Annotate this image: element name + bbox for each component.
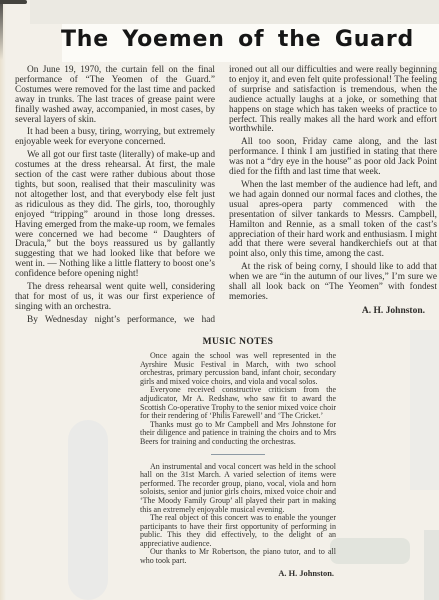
music-notes-signature: A. H. Johnston.	[140, 569, 336, 578]
article-paragraph: It had been a busy, tiring, worrying, bu…	[15, 128, 215, 148]
article-paragraph: All too soon, Friday came along, and the…	[229, 138, 437, 178]
scan-edge-warm-strip	[0, 0, 6, 600]
scan-corner-mark	[0, 0, 27, 4]
article-paragraph: We all got our first taste (literally) o…	[15, 151, 215, 280]
scan-artifact-left-bottom-tint	[68, 420, 108, 600]
scan-artifact-right-bottom-tint	[330, 538, 410, 564]
article-right-column: ironed out all our difficulties and were…	[229, 66, 437, 316]
section-divider	[211, 454, 265, 455]
article-paragraph: By Wednesday night’s performance, we had	[15, 316, 215, 326]
music-notes-paragraph: An instrumental and vocal concert was he…	[140, 463, 336, 515]
music-notes-paragraph: Thanks must go to Mr Campbell and Mrs Jo…	[140, 421, 336, 447]
article-paragraph: At the risk of being corny, I should lik…	[229, 263, 437, 303]
music-notes-paragraph: Everyone received constructive criticism…	[140, 386, 336, 420]
music-notes-paragraph: Once again the school was well represent…	[140, 352, 336, 386]
article-paragraph: On June 19, 1970, the curtain fell on th…	[15, 66, 215, 125]
article-left-column: On June 19, 1970, the curtain fell on th…	[15, 66, 215, 329]
scan-artifact-right-edge-tint	[424, 530, 439, 600]
music-notes-paragraph: The real object of this concert was to e…	[140, 514, 336, 548]
article-paragraph: When the last member of the audience had…	[229, 181, 437, 260]
page-title: The Yoemen of the Guard	[0, 27, 439, 52]
scan-artifact-top-tint	[30, 0, 439, 24]
scan-artifact-mid-right-tint	[410, 330, 439, 490]
music-notes-heading: MUSIC NOTES	[140, 337, 336, 347]
article-paragraph: The dress rehearsal went quite well, con…	[15, 283, 215, 313]
article-signature: A. H. Johnston.	[229, 306, 437, 316]
article-paragraph: ironed out all our difficulties and were…	[229, 66, 437, 135]
music-notes-paragraph: Our thanks to Mr Robertson, the piano tu…	[140, 548, 336, 565]
music-notes-section: MUSIC NOTES Once again the school was we…	[140, 337, 336, 578]
